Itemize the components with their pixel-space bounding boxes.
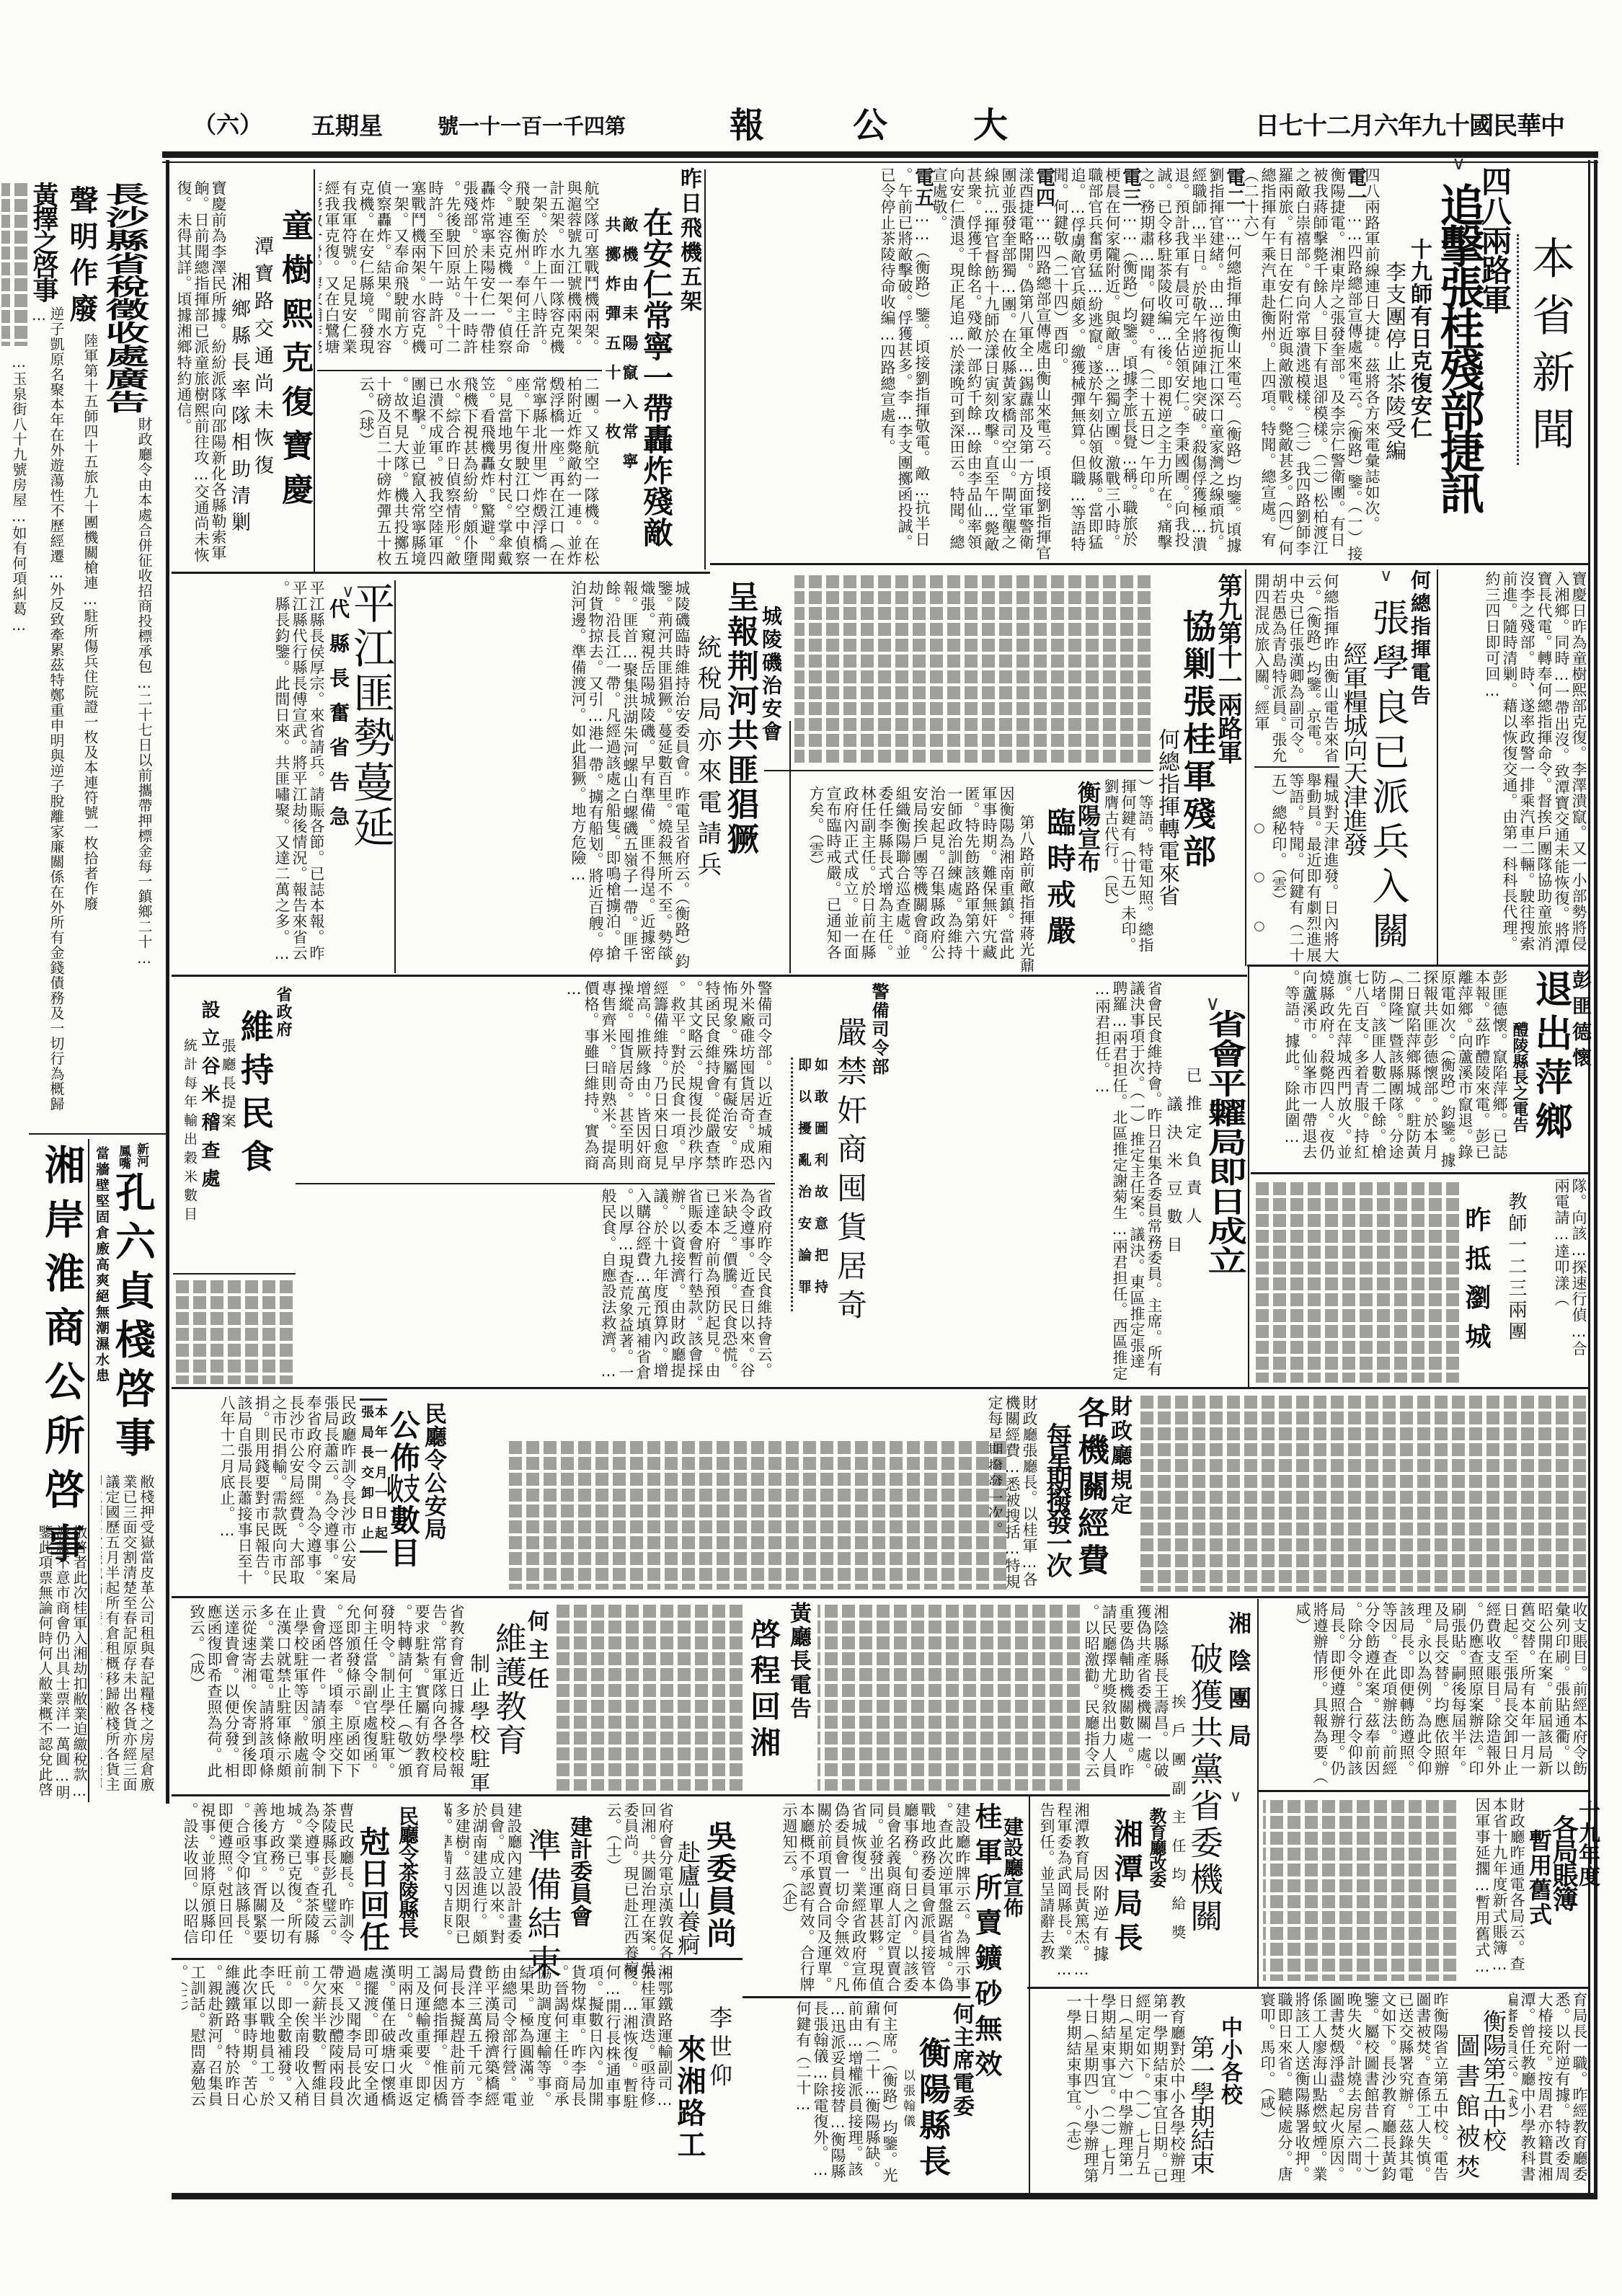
section-rule [173, 1273, 296, 1275]
article-headline: 呈報荆河共匪猖獗 [724, 580, 755, 857]
article-body-tail: 隊。向該…探速行偵…合兩電請…達叩漾（ [1533, 1178, 1587, 1358]
section-rule [29, 1133, 166, 1135]
page-right-border-inner [1588, 160, 1590, 2199]
masthead-thick-rule [162, 151, 1598, 158]
section-rule [1027, 1987, 1590, 1989]
issue-number: 第四千一百一十一號 [435, 116, 626, 137]
article-headline: 準備結束 [524, 1827, 559, 1983]
article-subhead: 李支團停止茶陵受編 [1384, 261, 1405, 462]
column-rule [1245, 569, 1246, 966]
article-kicker: 李世仰 [708, 2005, 731, 2092]
telegram-label: 電三 [1119, 167, 1141, 208]
telegram: 電五……（衡路）鑒。頃接劉指揮敬電。敵…抗半日。午前已將敵擊破。俘獲甚多。李…李… [879, 167, 931, 562]
article-body: 省府會分電京漢敦促各…回湘。共圖治理在案。吳委員尚。現已赴江西養痾云。（士） [595, 1802, 674, 1991]
circle-mark: ○ [1254, 871, 1265, 884]
section-rule [317, 370, 602, 371]
ad-body: …玉泉街八十九號房屋…如有何項糾葛… [1, 353, 27, 1125]
article-headline: 湘潭局長 [1112, 1819, 1140, 1957]
newspaper-title-char: 大 [973, 108, 1008, 143]
article-subhead-box: 本年一月一日起 張局長交卸日止 [360, 1399, 387, 1553]
lead-paragraph: 四八兩路軍前線連日大捷。茲將各方來電彙誌如次。 [1363, 167, 1381, 562]
article-headline: 衡陽縣長 [916, 2036, 947, 2181]
article-subhead: 設立谷米稽查處 [200, 1000, 218, 1197]
subhead-line: 敵機由耒陽竄入常寧 [620, 216, 637, 482]
section-rule [710, 563, 1590, 565]
article-headline: 公佈收支數目 [388, 1409, 418, 1569]
ad-title: 湘岸淮商公所啓事 [42, 1144, 82, 1577]
article-subhead: 代縣長奮省告急 [328, 598, 348, 841]
page-number: （六） [193, 113, 262, 136]
weekday: 星期五 [309, 114, 383, 138]
article-headline: 各局賬簿 [1551, 1814, 1577, 1910]
article-kicker: 衡陽第五中校 [1481, 2009, 1505, 2152]
article-headline: 協剿張桂軍殘部 [1181, 609, 1214, 872]
article-headline: 省會平糶局即日成立 [1205, 1009, 1244, 1275]
section-label: 本省新聞 [1528, 236, 1572, 464]
ad-location: 鳳嘴 [117, 1145, 129, 1169]
article-lead-column: 第八路前敵指揮蔣光鼐 [1019, 815, 1034, 973]
article-subhead: 十九師有日克復安仁 [1408, 238, 1430, 439]
article-body: 警備司令部。以近查城廂內外米廠碓坊囤貨居奇。成恐怖現象。殊屬有礙治安。昨特函民食… [297, 980, 773, 1181]
inset-line: 如敢圖利故意把持 [812, 1058, 828, 1311]
article-kicker: 衡陽宣布 [1076, 781, 1099, 873]
article-body: 平江縣長侯厚宗。來省請兵。請賑各節。已誌本報。昨平江縣代行縣長傅宣武。將平江劫後… [175, 580, 325, 973]
section-rule [172, 975, 1247, 977]
circle-mark: ○ [1254, 822, 1265, 835]
article-kicker: 城陵磯治安會 [761, 606, 781, 744]
article-body: 糧城對天津進發。日內將大舉動員。最近即有劇烈進展等語。特聞。何鍵有（二十五）總秘… [1269, 773, 1339, 964]
article-body-illegible [176, 1277, 293, 1384]
article-body: 何總指揮昨由衡山電告來省云。（衡路）均鑒。京電。中央已任張漢卿為副司令。胡若愚為… [1254, 573, 1339, 764]
article-body: 二團。又航空一隊機。在松柏附近炸斃敵約一連。並炸燬浮橋一座。再在江口（在常寧縣北… [319, 376, 600, 569]
column-rule [88, 1139, 89, 1802]
section-rule [172, 1596, 1590, 1598]
telegram: 電三……（衡路）均鑒。頃據李旅長覺…稱。職旅於梗晨在何家隴附近。與敵唐…之獨立團… [1052, 167, 1138, 562]
article-subhead: 每星期撥發一次 [1045, 1422, 1071, 1574]
ad-body: 陸軍第十五師四十五旅九十團機關槍連…駐所傷兵住院證一枚及本連符號一枚拾者作廢 [68, 333, 99, 1126]
newspaper-title-char: 公 [853, 108, 887, 143]
column-rule [789, 721, 791, 973]
column-rule [704, 169, 706, 569]
telegram-label: 電一 [1344, 167, 1366, 208]
article-headline: 破獲共黨省委機關 [1188, 1641, 1221, 1936]
check-mark: ∨ [1452, 154, 1466, 173]
article-subhead: 統稅局亦來電請兵 [695, 634, 719, 882]
article-headline: 啓程回湘 [748, 1618, 779, 1763]
ad-location: 新河 [135, 1143, 147, 1167]
telegram-text: ……（衡路）均鑒。頃據李旅長覺…稱。職旅於梗晨在何家隴附近。與敵唐…之獨立團。激… [1052, 167, 1138, 552]
article-body: 彭匪德懷。竄陷萍鄉。已誌本報。茲昨醴陵來電。彭已離萍鄉。向蘆溪市竄退。錄原電如次… [1252, 970, 1508, 1169]
ad-tagline: 當牆壁堅固倉廒高爽絕無潮濕水患 [94, 1146, 108, 1384]
article-headline: 張學良已派兵入關 [1368, 598, 1406, 956]
ad-body: 逆子凱原名聚本年在外遊蕩性不歷經遷…外反致牽累茲特鄭重申明與逆子脫離家廉關係在外… [30, 306, 65, 1125]
subhead-line: 本年一月一日起 [373, 1405, 387, 1546]
article-body-illegible [1254, 1179, 1459, 1383]
article-body: 曹民政廳長。昨訓令茶陵縣長彭孔璧云。為令遵事。查茶陵縣城。業已克復。所有地方政務… [182, 1802, 355, 1954]
article-kicker: 第九第十一兩路軍 [1215, 573, 1240, 763]
ad-title: 孔六貞棧啓事 [112, 1171, 153, 1466]
article-body-illegible [1263, 1797, 1456, 1981]
column-rule [1029, 1796, 1030, 2193]
telegram-label: 電五 [911, 167, 934, 208]
circle-mark: ○ [1254, 920, 1265, 933]
section-label-box [1517, 234, 1520, 465]
article-subhead: 統計每年輸出穀米數目 [182, 1038, 196, 1225]
column-rule [314, 169, 315, 572]
article-kicker: 彭匪德懷 [1570, 970, 1590, 1073]
article-headline: 第一學期結束 [1188, 2035, 1213, 2173]
article-headline: 尅日回任 [358, 1826, 388, 1953]
article-body-illegible [1139, 1393, 1586, 1592]
telegram: 電二……何總指揮由衡山來電云。（衡路）均鑒。頃據劉指揮官建緒。由…逆復扼江口深口… [1138, 167, 1242, 562]
subhead-line: 張局長交卸日止 [360, 1405, 373, 1546]
telegram-text: ……四路總部宣傳處由衡山來電云。頃接劉指揮官漾酉捷電略開。偽第八軍全…錫纛部及第… [931, 167, 1052, 561]
article-headline: 童樹熙克復寶慶 [278, 209, 310, 517]
article-kicker: 教師一二三兩團 [1507, 1192, 1525, 1343]
article-body-illegible [794, 572, 1151, 766]
article-subhead: 湘鄉縣長率隊相助清剿 [229, 272, 249, 538]
article-headline: 追擊張桂殘部捷訊 [1436, 182, 1481, 511]
article-body-continued: 育局長一職。昨經教育廳委悉。以附逆有據。特改委周大椿接充。按周君亦籍貫湘潭。曾任… [1509, 1992, 1588, 2183]
check-mark: ∨ [1230, 1789, 1241, 1805]
article-inset-box: 如敢圖利故意把持 即以擾亂治安論罪 [791, 1058, 828, 1311]
article-kicker: 何主任 [525, 1610, 546, 1696]
article-body-continued: 收支賬目。前經本府令飭彙列印刷。張貼通衢。以昭公開在案。前屆該局新舊交替。所有本… [1260, 1602, 1588, 1786]
article-subhead: 醴陵縣長之電告 [1511, 1021, 1527, 1133]
section-rule [296, 1183, 775, 1184]
article-subhead: 赴廬山養痾 [676, 1840, 699, 1956]
section-rule [1254, 766, 1339, 768]
article-kicker: 財政廳規定 [1108, 1395, 1130, 1517]
article-kicker: 建計委員會 [567, 1815, 590, 1927]
article-body-illegible [817, 1602, 1080, 1791]
article-subhead: 制止學校駐軍 [469, 1653, 489, 1796]
ad-body: 敝棧押受嶽當皮革公司租與春記糧棧之房屋倉廒業已三面交割清楚至春記原存未出各貨亦經… [101, 1474, 155, 1802]
article-kicker: 民廳令公安局 [422, 1402, 444, 1541]
article-note: 以張翰儀 [901, 2069, 913, 2129]
telegram-label: 電四 [1032, 167, 1055, 208]
article-body: 四八兩路軍前線連日大捷。茲將各方來電彙誌如次。 電一……四路總部宣傳處來電云。（… [714, 167, 1381, 562]
newspaper-title-char: 報 [730, 108, 764, 143]
article-body: 湘潭教育局長黃篤杰。…程軍委為武岡縣長。業…告到任。並呈請辭去教 [1032, 1802, 1090, 1986]
inset-line: 即以擾亂治安論罪 [795, 1058, 812, 1311]
article-body: 寶慶前為李澤民所據。紛紛派隊向邵陽新化各縣勒索軍餉。日前聞總指揮部已派童旅樹熙前… [173, 180, 227, 569]
article-headline: 嚴禁奸商囤貨居奇 [835, 1016, 865, 1328]
telegram-text: ……（衡路）鑒。頃接劉指揮敬電。敵…抗半日。午前已將敵擊破。俘獲甚多。李…李支團… [879, 167, 931, 550]
article-body: 湘鄂鐵路運輸副司…張桂軍潰迭。亟待修復。…湘恢復。暫駐何…開行長株通車事項。擬數… [182, 1964, 673, 2117]
article-subhead: 張廳長提案 [221, 1038, 235, 1132]
telegram-label: 電二 [1223, 167, 1245, 208]
article-kicker: 何主席電委 [950, 2003, 972, 2118]
column-rule [1257, 1599, 1259, 1987]
section-rule [743, 1996, 970, 1998]
article-subhead-box: 敵機由耒陽竄入常寧 共擲炸彈五十一枚 [603, 216, 637, 482]
check-mark: ∨ [1380, 567, 1393, 584]
page-right-border-outer [1594, 160, 1597, 2199]
article-headline: 桂軍所賣鑛砂無效 [972, 1802, 1000, 2085]
telegram-text: ……何總指揮由衡山來電云。（衡路）均鑒。頃據劉指揮官建緒。由…逆復扼江口深口童家… [1138, 167, 1242, 554]
article-kicker: 湘陰團局 [1227, 1611, 1250, 1761]
article-headline: 昨抵瀏城 [1463, 1206, 1489, 1362]
article-headline: 退出萍鄉 [1531, 970, 1569, 1145]
ad-body: 敬啓者此次桂軍入湘劫扣敝業迫繳稅款…派款不意市商會仍出具士票洋一萬圓…明鑒此項票… [37, 1525, 88, 1802]
ad-column-border [166, 160, 169, 1804]
article-body: 省教育會近日據各學校報告。常有軍隊向各學校局要求駐紮。實屬有妨教育。特轉請何主任… [177, 1604, 465, 1790]
article-headline: 圖書館被焚 [1453, 2033, 1478, 2184]
masthead-thin-rule [162, 161, 1598, 163]
article-kicker: 何總指揮電告 [1409, 569, 1430, 708]
article-subhead: 因附逆有據 [1091, 1865, 1107, 1966]
article-headline: 臨時戒嚴 [1045, 807, 1073, 952]
article-kicker: 昨日飛機五架 [678, 167, 699, 314]
section-rule [1257, 1790, 1590, 1792]
article-body-illegible [509, 1438, 1006, 1590]
page-bottom-rule [172, 2193, 1597, 2199]
article-body: ）等語。特電知照。總指揮何鍵有（廿五）未印。劉膺古代行。（民） [1105, 779, 1154, 967]
section-rule [172, 572, 710, 574]
article-body: 因衡陽為湘南重鎮。當此軍事時期。難保無奸宄藏匿。特先飭該路軍第六十一師政治訓練處… [793, 786, 1015, 972]
ad-title-illegible [1, 180, 27, 346]
newspaper-page: 中華民國十九年六月二十七日 大 公 報 第四千一百一十一號 星期五 （六） ∨ … [0, 0, 1622, 2296]
section-rule [1251, 1172, 1590, 1174]
headline-part-small: 收支 [386, 1474, 421, 1504]
article-headline: 平江匪勢蔓延 [350, 582, 391, 850]
article-subhead: 經軍糧城向天津進發 [1341, 642, 1365, 856]
section-rule [764, 770, 1153, 771]
article-kicker: 教育廳改委 [1148, 1807, 1165, 1887]
issue-date: 中華民國十九年六月二十七日 [1253, 114, 1564, 138]
section-rule [172, 1387, 1590, 1389]
article-body-continued: 寶慶日昨為童樹熙部克復。李澤潰竄。又一小部勢將侵入湘鄉。同時…一帶出沒。致潭寶交… [1440, 571, 1587, 962]
headline-part: 公佈 [386, 1409, 421, 1474]
article-subhead: 已推定負責人 [1184, 1067, 1200, 1236]
article-body: 城陵磯臨時維持治安委員會。昨電呈省府云。（衡路）鈞鑒。荊河共匪猖獗。蔓延數百里。… [399, 580, 691, 973]
article-kicker: 黃廳長電告 [787, 1602, 809, 1721]
article-kicker: 中小各校 [1218, 2016, 1240, 2106]
article-kicker: 民廳令茶陵縣長 [397, 1806, 417, 1937]
article-headline: 來湘路工 [675, 2034, 704, 2161]
article-subhead: 議決米豆數目 [1165, 1096, 1181, 1264]
article-subhead: 暫用舊式 [1528, 1829, 1551, 1927]
section-rule [172, 1794, 1170, 1796]
ad-title: 長沙縣省稅徵收處廣告 [103, 182, 147, 413]
section-rule [1247, 965, 1590, 967]
article-body: 何主席。（衡路）均鑒。光鼐有（二十…衡陽縣缺。前由…增權派員接理。該…迅派妥員接… [744, 2000, 898, 2189]
ad-title: 黃擇之啓事 [31, 182, 57, 301]
article-subhead: 挨戶團副主任均給獎 [1171, 1694, 1185, 1954]
article-kicker: 省政府 [275, 986, 291, 1038]
article-body: 湘陰縣縣長王壽昌。以破獲偽共產省委機關一處。重要偽輔助機關數處。昨請民廳擇尤獎敘… [1083, 1604, 1169, 1788]
article-subhead: 何總指揮轉電來省 [1156, 728, 1177, 907]
column-rule [1437, 569, 1438, 965]
ad-body: 財政廳令由本處合併征收招商投標承包…二十七日以前攜帶押標金每一鎮鄉二十… [101, 417, 153, 1123]
article-headline: 在安仁常寧一帶轟炸殘敵 [641, 207, 671, 548]
article-body: 省政府昨令民食維持會云。為令遵事。近查日以來。谷米缺乏。價騰。民食恐慌。已達本府… [297, 1188, 773, 1384]
telegram: 電四……四路總部宣傳處由衡山來電云。頃接劉指揮官漾酉捷電略開。偽第八軍全…錫纛部… [931, 167, 1052, 562]
article-body-illegible [557, 1602, 743, 1791]
headline-part: 數目 [386, 1504, 421, 1569]
article-body: 昨衡陽省立第五中校。電告圖書被焚。查係工人失慎。已送交縣署究辦。茲錄其電文如下。… [1241, 1992, 1449, 2183]
article-headline: 維護教育 [492, 1622, 523, 1758]
article-kicker: 警備司令部 [870, 983, 887, 1076]
article-headline: 維持民食 [239, 1009, 272, 1182]
article-subhead: 潭寶路交通尚未恢復 [252, 236, 272, 482]
article-headline: 吳委員尚 [704, 1820, 735, 1950]
subhead-line: 共擲炸彈五十一枚 [603, 216, 620, 482]
article-kicker: 十九年度 [1576, 1800, 1597, 1887]
article-body: 教育廳對於中小各學校辦理第一學期結束事宜日期。已經明定如下。（一）七月五日（星期… [1031, 1993, 1186, 2188]
ad-title: 聲明作廢 [67, 185, 96, 329]
article-body: 建設廳昨牌示云。為牌示事。查此次逆軍盤踞省城。偽戰地政務委員會派員接管本廳事務。… [761, 1802, 971, 1993]
telegram-text: ……四路總部宣傳處來電云。（衡路）鑒。（一）接衡陽捷電。湘東岸之張發奎部。及李宗… [1242, 167, 1363, 562]
telegram: 電一……四路總部宣傳處來電云。（衡路）鑒。（一）接衡陽捷電。湘東岸之張發奎部。及… [1242, 167, 1363, 562]
column-rule [1248, 966, 1249, 1387]
article-body: 省會民食維持會。昨日召集各委員常務委員。主席。所有議決事項于次。（一）推定主任案… [905, 980, 1163, 1384]
article-kicker: 建設廳宣佈 [1002, 1817, 1022, 1918]
article-headline: 各機關經費 [1074, 1396, 1106, 1580]
article-body: 建設廳內建設計畫委員會。成立以來。對於湖南建設進行。頗多建樹。茲因期限已滿。準備… [445, 1802, 523, 1954]
article-body: 航空隊可塞戰鬥機兩架。與滬蓉號九江號機兩架。計五架。水面一隊容克機一架。於昨上午… [319, 180, 600, 369]
article-body: 民政廳昨訓令長沙市公安局張局長蕭云。為令遵事。案奉省政府令開。為令遵事。長沙市公… [177, 1395, 357, 1591]
